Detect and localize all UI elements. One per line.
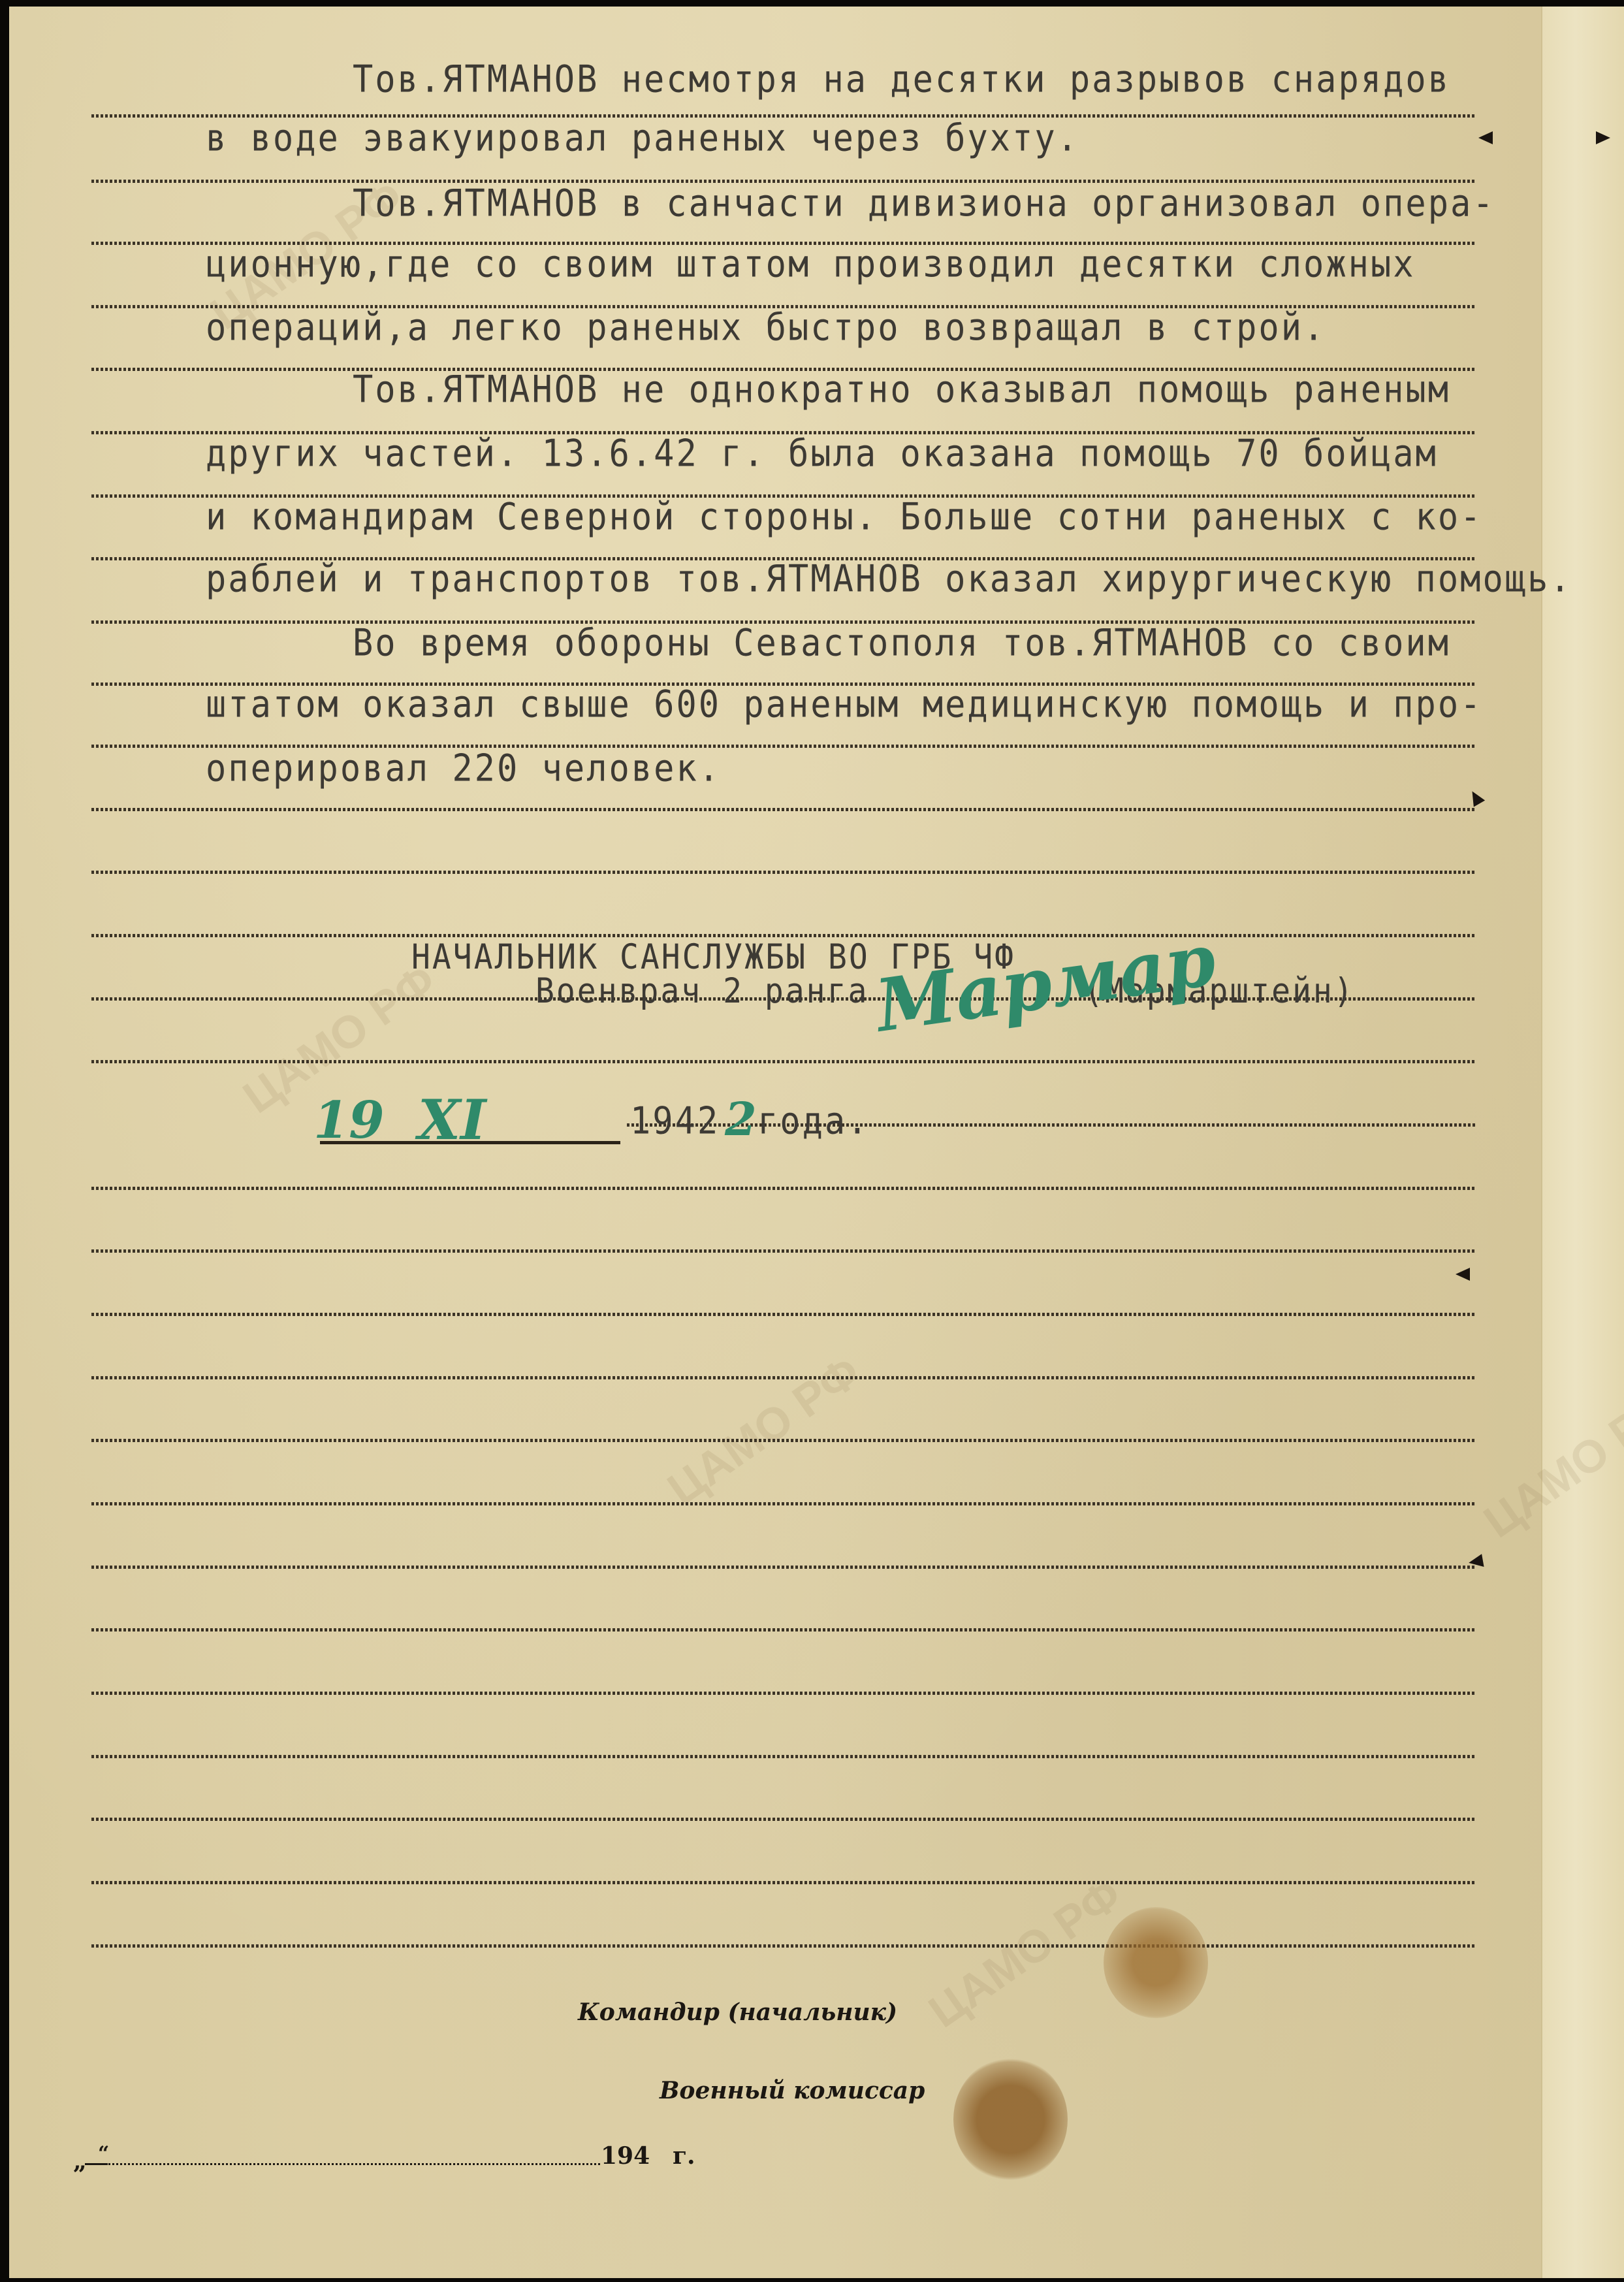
body-line: Тов.ЯТМАНОВ в санчасти дивизиона организ…	[353, 182, 1495, 225]
body-line: и командирам Северной стороны. Больше со…	[206, 496, 1482, 539]
commander-label: Командир (начальник)	[578, 1999, 897, 2026]
date-year-correction: 2	[725, 1092, 757, 1146]
punch-mark	[1467, 1554, 1484, 1569]
body-line: Во время обороны Севастополя тов.ЯТМАНОВ…	[353, 622, 1450, 665]
page-fold	[1541, 7, 1624, 2278]
date-suffix: года.	[757, 1100, 870, 1143]
punch-mark	[1596, 131, 1610, 144]
date-year: 1942	[630, 1100, 720, 1143]
body-line: других частей. 13.6.42 г. была оказана п…	[206, 432, 1438, 475]
body-line: в воде эвакуировал раненых через бухту.	[206, 117, 1079, 160]
body-line: Тов.ЯТМАНОВ не однократно оказывал помощ…	[353, 368, 1450, 411]
body-line: ционную,где со своим штатом производил д…	[206, 243, 1416, 286]
body-line: раблей и транспортов тов.ЯТМАНОВ оказал …	[206, 558, 1572, 601]
body-line: операций,а легко раненых быстро возвраща…	[206, 306, 1326, 349]
date-underline	[320, 1141, 620, 1144]
body-line: оперировал 220 человек.	[206, 747, 721, 790]
commissar-label: Военный комиссар	[660, 2077, 925, 2104]
stain	[953, 2057, 1068, 2181]
body-line: Тов.ЯТМАНОВ несмотря на десятки разрывов…	[353, 58, 1450, 101]
body-line: штатом оказал свыше 600 раненым медицинс…	[206, 683, 1482, 726]
stain	[1104, 1907, 1208, 2018]
signer-rank: Военврач 2 ранга	[535, 971, 868, 1011]
punch-mark	[1478, 131, 1493, 144]
punch-mark	[1456, 1268, 1470, 1281]
